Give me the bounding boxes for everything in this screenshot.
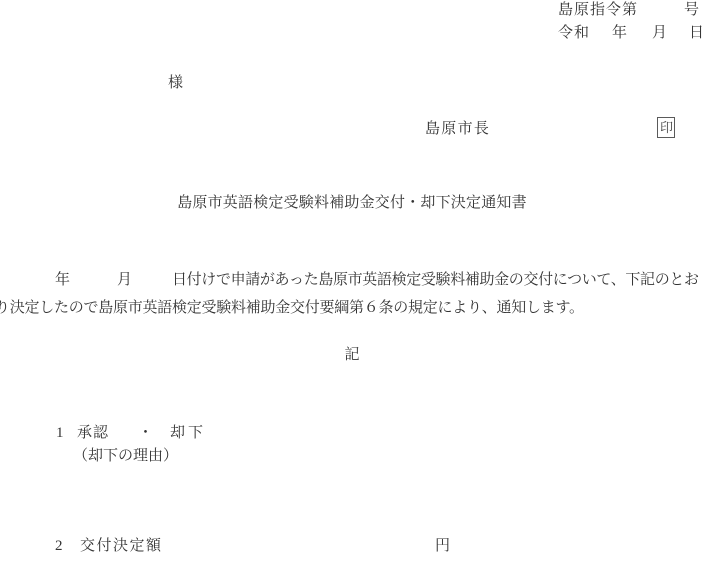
- date-era-label: 令和: [558, 24, 590, 42]
- document-title: 島原市英語検定受験料補助金交付・却下決定通知書: [0, 194, 704, 212]
- directive-number-suffix: 号: [684, 1, 699, 19]
- date-year-label: 年: [612, 24, 627, 42]
- item1-rejection-reason-note: （却下の理由）: [73, 447, 178, 465]
- body-blank-month-label: 月: [117, 271, 132, 289]
- directive-number-prefix: 島原指令第: [558, 1, 638, 19]
- item2-number: 2: [55, 537, 63, 555]
- record-marker: 記: [0, 346, 704, 364]
- item2-unit-label: 円: [435, 537, 450, 555]
- sender-title: 島原市長: [425, 120, 490, 138]
- item1-number: 1: [56, 424, 64, 442]
- item1-separator-dot: ・: [138, 424, 153, 442]
- date-day-label: 日: [689, 24, 704, 42]
- document-page: 島原指令第 号 令和 年 月 日 様 島原市長 印 島原市英語検定受験料補助金交…: [0, 0, 704, 563]
- item2-label: 交付決定額: [80, 537, 163, 555]
- seal-placeholder: 印: [657, 117, 675, 138]
- item1-reject-label: 却下: [170, 424, 206, 442]
- body-blank-year-label: 年: [55, 271, 70, 289]
- addressee-honorific: 様: [168, 74, 183, 92]
- body-paragraph-line2: り決定したので島原市英語検定受験料補助金交付要綱第６条の規定により、通知します。: [0, 299, 584, 317]
- date-month-label: 月: [652, 24, 667, 42]
- body-paragraph-line1: 日付けで申請があった島原市英語検定受験料補助金の交付について、下記のとお: [172, 271, 699, 289]
- item1-approve-label: 承認: [77, 424, 109, 442]
